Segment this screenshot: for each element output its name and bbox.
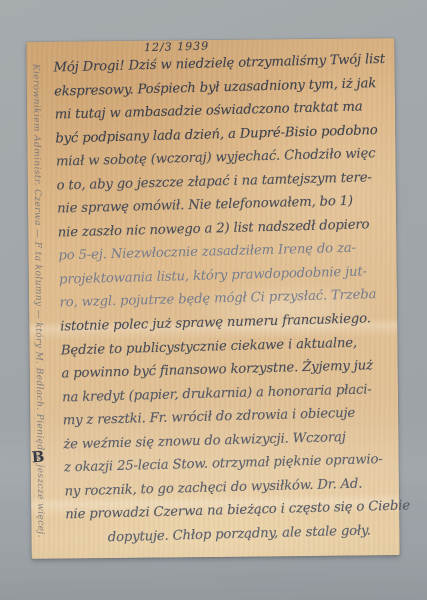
letter-date: 12/3 1939 xyxy=(144,34,210,59)
postcard-paper: Kierownikiem Administr. Czerwa — F ta ko… xyxy=(26,38,399,559)
letter-body: 12/3 1939 Mój Drogi! Dziś w niedzielę ot… xyxy=(26,33,407,559)
scanned-letter-scene: Kierownikiem Administr. Czerwa — F ta ko… xyxy=(0,0,427,600)
letter-lines: Mój Drogi! Dziś w niedzielę otrzymaliśmy… xyxy=(53,48,402,551)
